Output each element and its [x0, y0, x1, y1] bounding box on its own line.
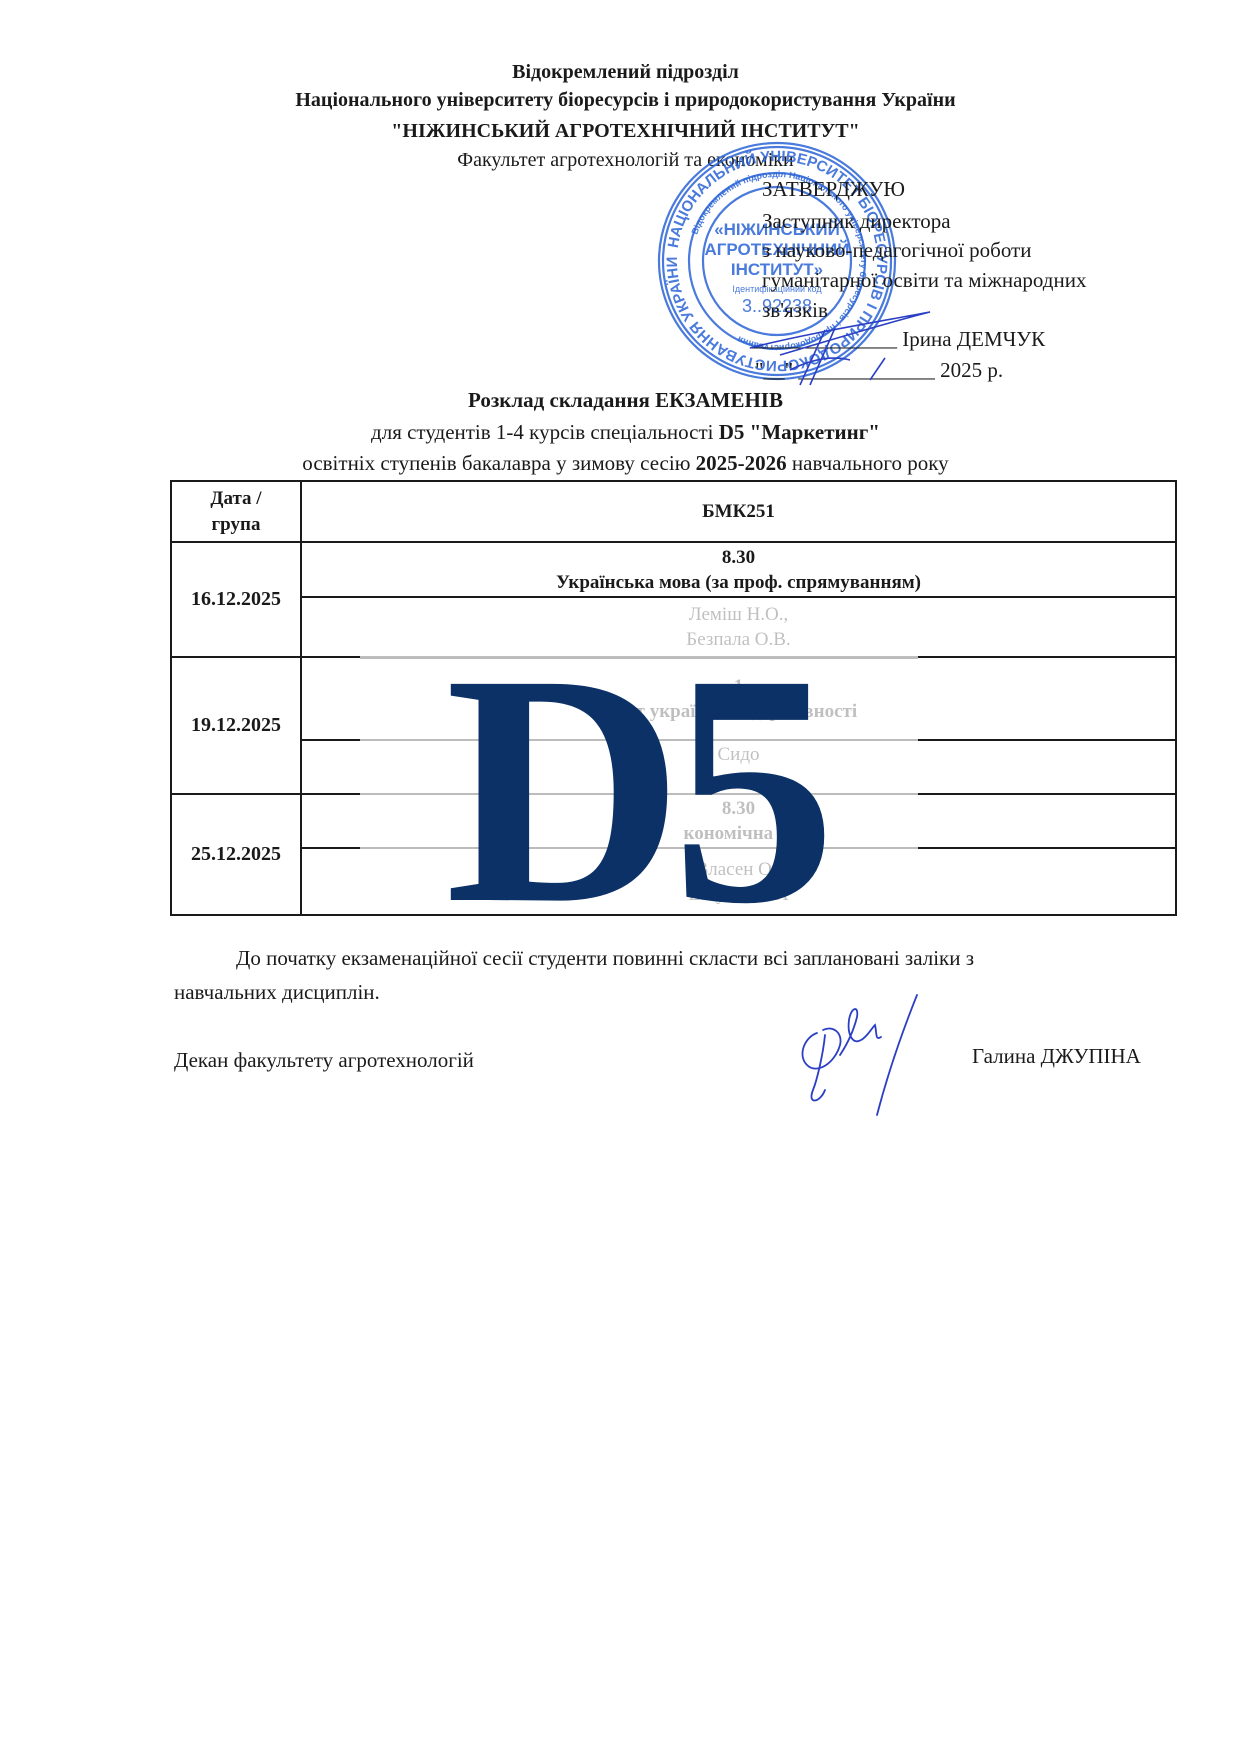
- dean-name: Галина ДЖУПІНА: [972, 1040, 1141, 1072]
- page-title: Розклад складання ЕКЗАМЕНІВ: [0, 387, 1251, 413]
- header-date-label: Дата /: [172, 486, 300, 512]
- subtitle2-pre: освітніх ступенів бакалавра у зимову сес…: [302, 451, 695, 475]
- approver-position-3: гуманітарної освіти та міжнародних: [762, 267, 1086, 293]
- faculty-name: Факультет агротехнологій та економіки: [0, 148, 1251, 172]
- subtitle-text: для студентів 1-4 курсів спеціальності: [371, 420, 719, 444]
- org-university: Національного університету біоресурсів і…: [0, 88, 1251, 112]
- header-group-code: БМК251: [301, 481, 1176, 542]
- academic-year: 2025-2026: [696, 451, 787, 475]
- approve-label: ЗАТВЕРДЖУЮ: [762, 176, 905, 202]
- page-subtitle: для студентів 1-4 курсів спеціальності D…: [0, 419, 1251, 445]
- org-institute: "НІЖИНСЬКИЙ АГРОТЕХНІЧНИЙ ІНСТИТУТ": [0, 119, 1251, 143]
- subtitle2-post: навчального року: [787, 451, 949, 475]
- exam-date: 19.12.2025: [171, 657, 301, 794]
- exam-subject: Українська мова (за проф. спрямуванням): [302, 570, 1175, 595]
- note-line-1: До початку екзаменаційної сесії студенти…: [236, 942, 974, 974]
- table-row: 16.12.2025 8.30 Українська мова (за проф…: [171, 542, 1176, 597]
- exam-subject-cell: 8.30 Українська мова (за проф. спрямуван…: [301, 542, 1176, 597]
- approver-position-2: з науково-педагогічної роботи: [762, 237, 1031, 263]
- exam-date: 25.12.2025: [171, 794, 301, 915]
- dean-signature-icon: [795, 985, 935, 1125]
- header-group-label: група: [172, 512, 300, 538]
- dean-title: Декан факультету агротехнологій: [174, 1044, 474, 1076]
- page-subtitle-2: освітніх ступенів бакалавра у зимову сес…: [0, 450, 1251, 476]
- note-line-2: навчальних дисциплін.: [174, 976, 380, 1008]
- header-date-group: Дата / група: [171, 481, 301, 542]
- org-subdivision: Відокремлений підрозділ: [0, 60, 1251, 84]
- approver-position-1: Заступник директора: [762, 208, 951, 234]
- specialty-name: D5 "Маркетинг": [719, 420, 880, 444]
- approver-signature-icon: [740, 300, 940, 390]
- table-header-row: Дата / група БМК251: [171, 481, 1176, 542]
- exam-date: 16.12.2025: [171, 542, 301, 657]
- specialty-watermark: D5: [445, 640, 824, 940]
- exam-time: 8.30: [302, 545, 1175, 570]
